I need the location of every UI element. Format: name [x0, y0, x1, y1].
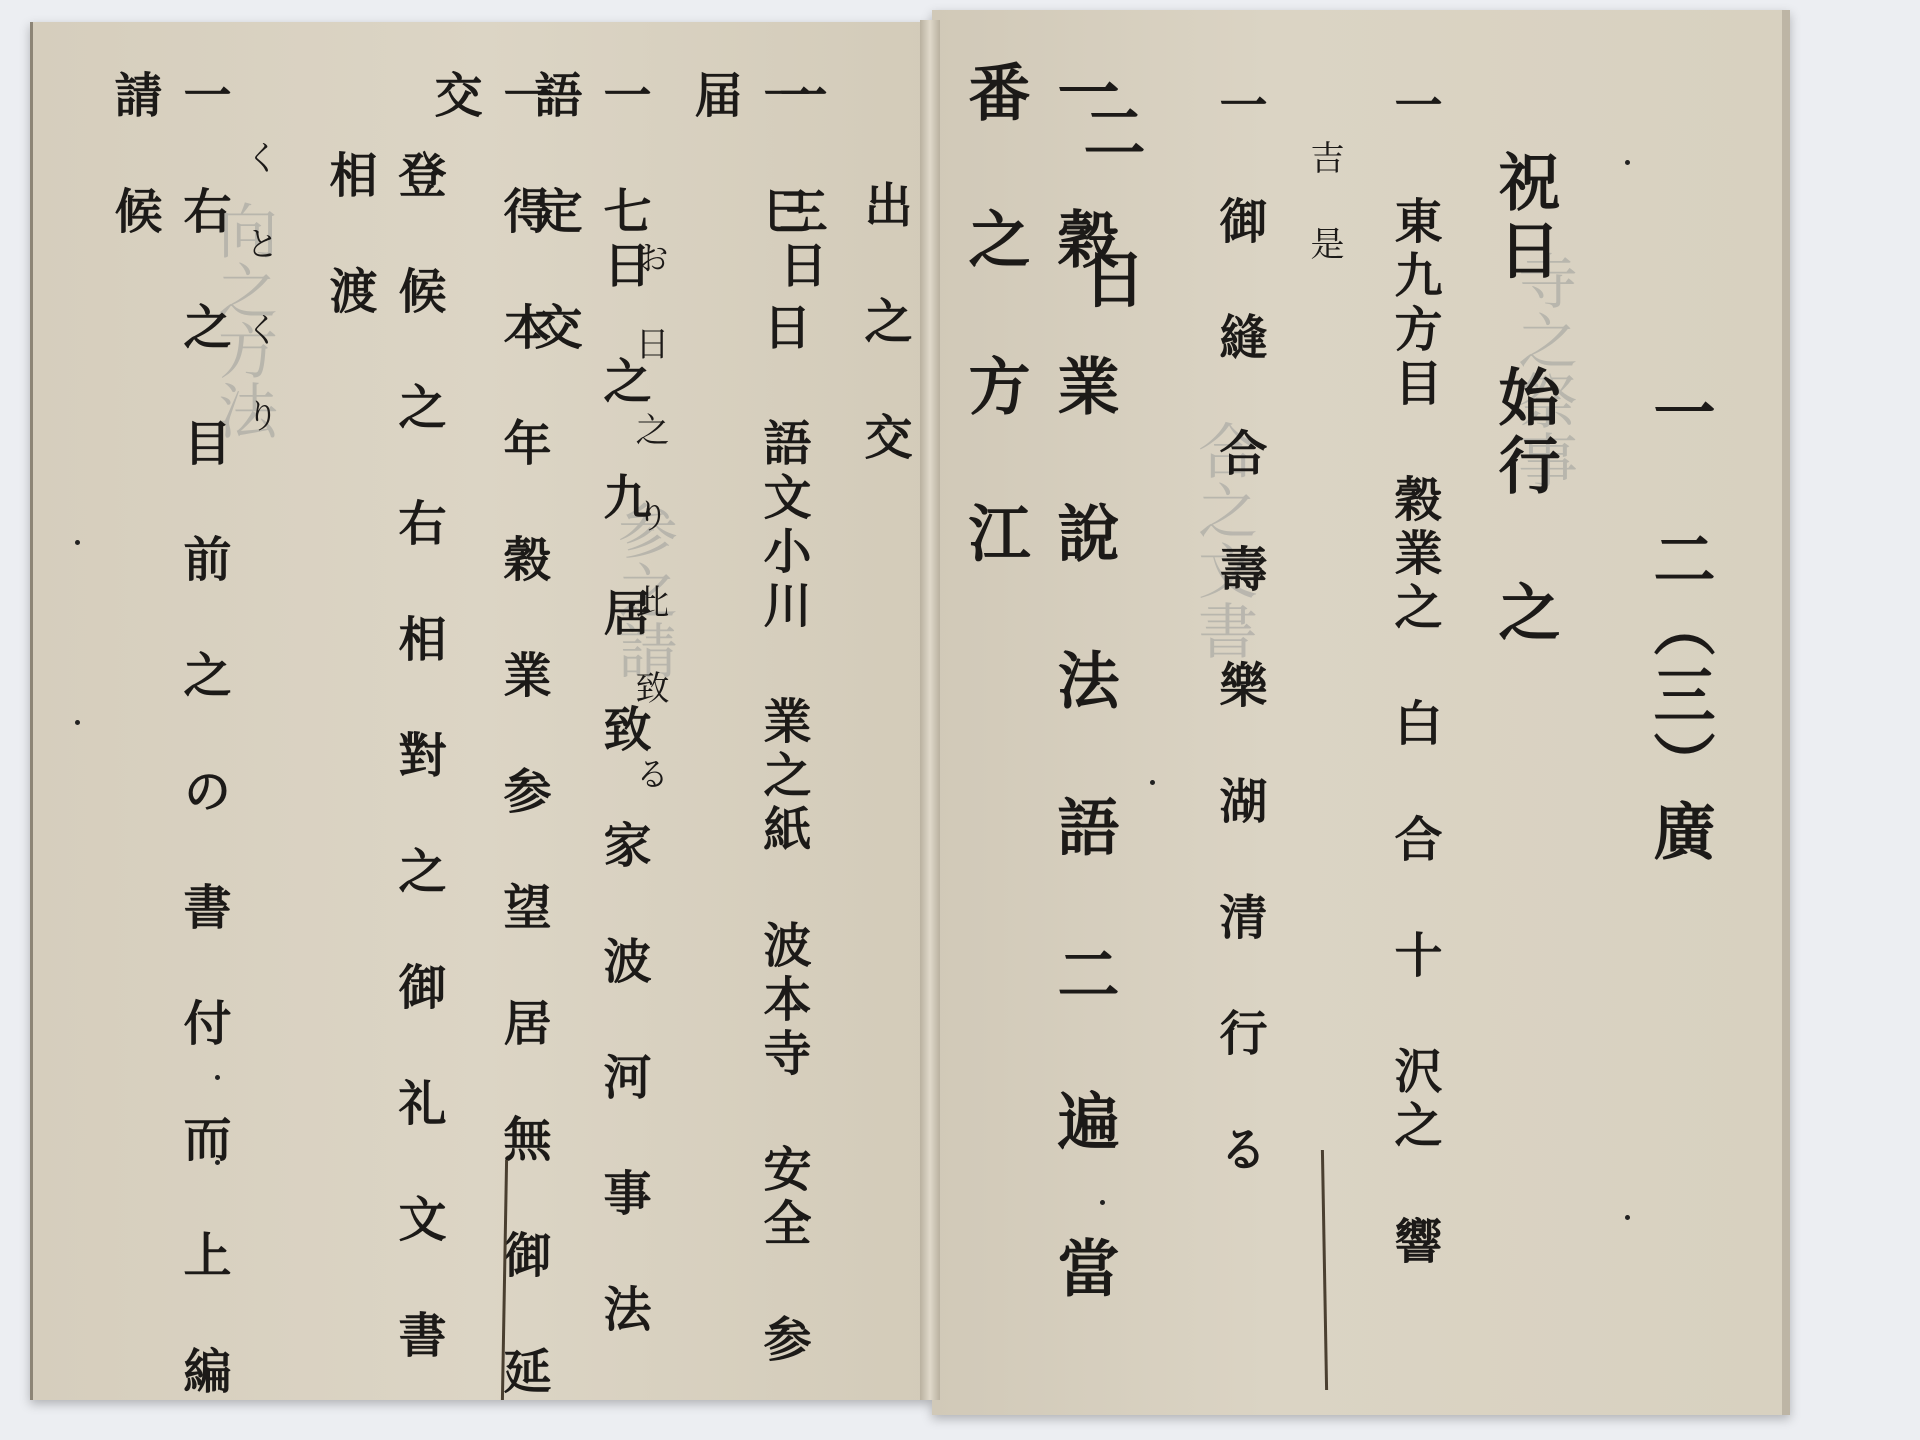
text-column: く と く り: [235, 140, 284, 438]
text-column: 一 東九方目 穀業之 白 合 十 沢之 響: [1380, 80, 1449, 1270]
text-column: 出 之 交: [850, 180, 919, 466]
book-gutter: [920, 20, 940, 1400]
text-column: 祝日 始行 之: [1480, 150, 1569, 648]
binding-hole: [1625, 160, 1630, 165]
binding-hole: [215, 1160, 220, 1165]
binding-hole: [1150, 780, 1155, 785]
binding-hole: [75, 720, 80, 725]
text-column: 登 候 之 右 相 對 之 御 礼 文 書 相 渡: [315, 150, 453, 1440]
text-column: 吉 是: [1300, 140, 1349, 266]
text-column: 一 右 之 目 前 之 の 書 付 而 上 編 請 候: [100, 70, 238, 1440]
text-column: 一 穀 業 說 法 語 二 遍 當 番 之 方 江: [950, 60, 1128, 1440]
binding-hole: [1625, 1215, 1630, 1220]
text-column: 一 巳 日 語文小川 業之紙 波本寺 安全 参 届: [680, 70, 818, 1440]
binding-hole: [215, 1075, 220, 1080]
text-column: 一 御 縫 合 壽 樂 湖 清 行 る: [1205, 80, 1274, 1178]
binding-hole: [1100, 1200, 1105, 1205]
binding-hole: [75, 540, 80, 545]
text-column: 一 二（三）廣: [1635, 380, 1724, 867]
